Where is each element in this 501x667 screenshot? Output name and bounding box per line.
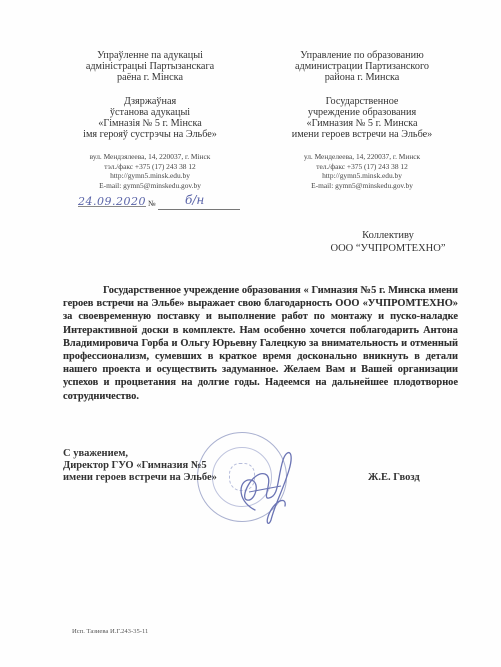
- school-name-be: Дзяржаўная ўстанова адукацыі «Гімназія №…: [50, 96, 250, 141]
- signer-name: Ж.Е. Гвозд: [368, 472, 420, 483]
- signature-icon: [225, 440, 305, 530]
- recipient-block: Коллективу ООО “УЧПРОМТЕХНО”: [318, 229, 458, 255]
- school-line: ўстанова адукацыі: [50, 107, 250, 118]
- school-line: Государственное: [262, 96, 462, 107]
- number-label: №: [148, 199, 156, 208]
- letter-body: Государственное учреждение образования «…: [63, 284, 458, 403]
- recipient-line: Коллективу: [318, 229, 458, 242]
- org-name-ru: Управление по образованию администрации …: [262, 50, 462, 84]
- school-line: «Гимназия № 5 г. Минска: [262, 118, 462, 129]
- closing-block: С уважением, Директор ГУО «Гимназия №5 и…: [63, 448, 217, 483]
- org-line: администрации Партизанского: [262, 61, 462, 72]
- email-line: E-mail: gymn5@minskedu.gov.by: [50, 181, 250, 191]
- address-block-ru: ул. Менделеева, 14, 220037, г. Минск тел…: [262, 152, 462, 190]
- number-underline: [158, 209, 240, 210]
- school-line: имени героев встречи на Эльбе»: [262, 129, 462, 140]
- executor-note: Исп. Тазиева И.Г.243-35-11: [72, 628, 148, 635]
- school-line: учреждение образования: [262, 107, 462, 118]
- closing-salutation: С уважением,: [63, 448, 217, 460]
- school-line: імя герояў сустрэчы на Эльбе»: [50, 129, 250, 140]
- school-line: «Гімназія № 5 г. Мінска: [50, 118, 250, 129]
- body-paragraph: Государственное учреждение образования «…: [63, 284, 458, 403]
- handwritten-number: б/н: [185, 193, 204, 207]
- org-line: адміністрацыі Партызанскага: [50, 61, 250, 72]
- phone-line: тэл./факс +375 (17) 243 38 12: [50, 162, 250, 172]
- address-line: вул. Мендзялеева, 14, 220037, г. Мінск: [50, 152, 250, 162]
- org-name-be: Упраўленне па адукацыі адміністрацыі Пар…: [50, 50, 250, 84]
- header-right-russian: Управление по образованию администрации …: [262, 50, 462, 152]
- letter-page: Упраўленне па адукацыі адміністрацыі Пар…: [0, 0, 501, 667]
- header-left-belarusian: Упраўленне па адукацыі адміністрацыі Пар…: [50, 50, 250, 152]
- school-line: Дзяржаўная: [50, 96, 250, 107]
- org-line: раёна г. Мінска: [50, 72, 250, 83]
- school-name-ru: Государственное учреждение образования «…: [262, 96, 462, 141]
- org-line: района г. Минска: [262, 72, 462, 83]
- org-line: Управление по образованию: [262, 50, 462, 61]
- address-line: ул. Менделеева, 14, 220037, г. Минск: [262, 152, 462, 162]
- signer-title: Директор ГУО «Гимназия №5: [63, 460, 217, 472]
- address-block-be: вул. Мендзялеева, 14, 220037, г. Мінск т…: [50, 152, 250, 190]
- website-line: http://gymn5.minsk.edu.by: [50, 171, 250, 181]
- recipient-company: ООО “УЧПРОМТЕХНО”: [318, 242, 458, 255]
- handwritten-date: 24.09.2020: [78, 195, 146, 208]
- phone-line: тел./факс +375 (17) 243 38 12: [262, 162, 462, 172]
- org-line: Упраўленне па адукацыі: [50, 50, 250, 61]
- email-line: E-mail: gymn5@minskedu.gov.by: [262, 181, 462, 191]
- website-line: http://gymn5.minsk.edu.by: [262, 171, 462, 181]
- signer-title: имени героев встречи на Эльбе»: [63, 472, 217, 484]
- registration-line: 24.09.2020 № б/н: [78, 195, 238, 215]
